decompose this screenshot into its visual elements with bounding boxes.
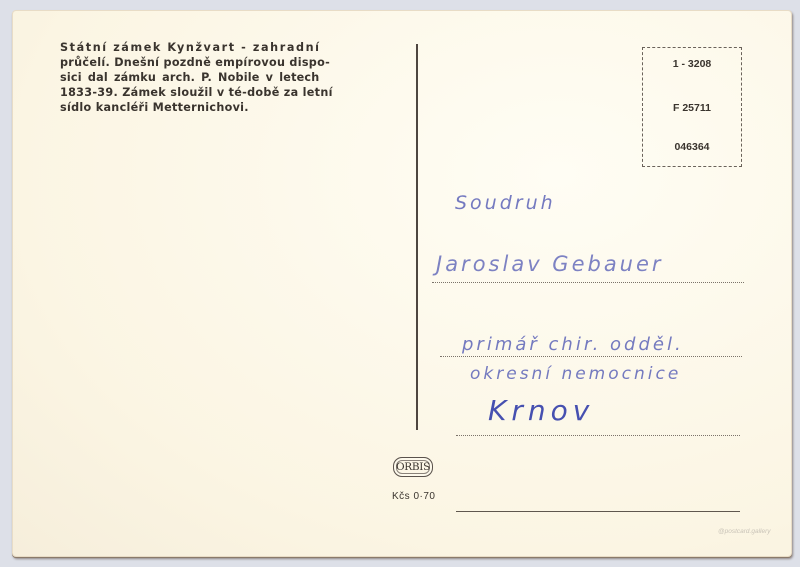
address-line-2 <box>440 356 742 357</box>
caption-line: sici dal zámku arch. P. Nobile v letech <box>60 70 370 85</box>
handwritten-title: primář chir. odděl. <box>462 334 684 355</box>
address-line-4 <box>456 511 740 512</box>
handwritten-hospital: okresní nemocnice <box>470 364 681 384</box>
handwritten-city: Krnov <box>488 394 594 427</box>
caption-line: Státní zámek Kynžvart - zahradní <box>60 40 370 55</box>
watermark: @postcard.gallery <box>718 528 770 535</box>
handwritten-name: Jaroslav Gebauer <box>436 252 664 276</box>
address-line-1 <box>432 282 744 283</box>
price-label: Kčs 0·70 <box>392 491 435 502</box>
address-line-3 <box>456 435 740 436</box>
stamp-code-3: 046364 <box>643 141 741 153</box>
stamp-code-1: 1 - 3208 <box>643 58 741 70</box>
caption-line: průčelí. Dnešní pozdně empírovou dispo- <box>60 55 370 70</box>
handwritten-salutation: Soudruh <box>455 192 556 214</box>
orbis-logo: ORBIS <box>393 457 433 477</box>
caption-line: 1833-39. Zámek sloužil v té-době za letn… <box>60 85 370 100</box>
stamp-box: 1 - 3208 F 25711 046364 <box>642 47 742 167</box>
postcard-caption: Státní zámek Kynžvart - zahradní průčelí… <box>60 40 370 115</box>
stamp-code-2: F 25711 <box>643 102 741 114</box>
caption-line: sídlo kancléři Metternichovi. <box>60 100 370 115</box>
center-divider <box>416 44 418 430</box>
